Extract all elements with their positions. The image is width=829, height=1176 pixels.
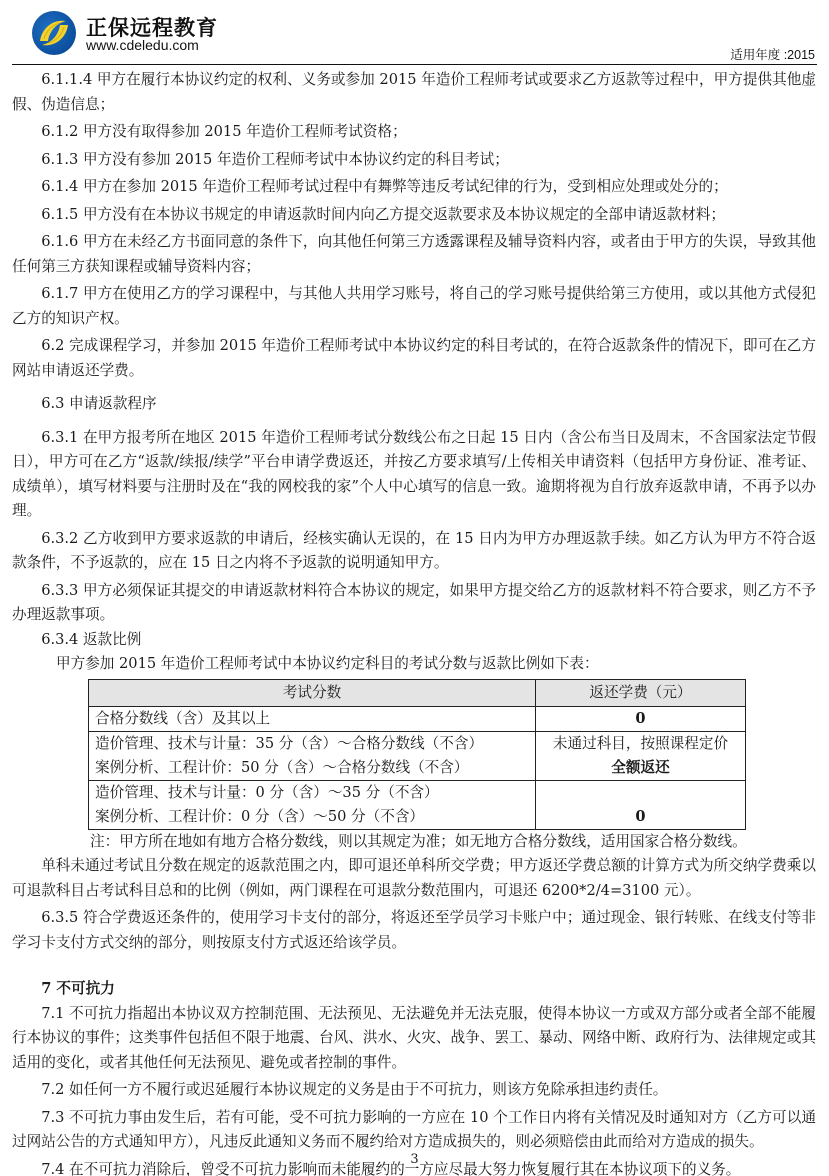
score-cell: 合格分数线（含）及其以上 bbox=[89, 706, 536, 731]
refund-cell: 0 bbox=[536, 706, 746, 731]
clause-6-3-4-heading: 6.3.4 返款比例 bbox=[12, 628, 816, 653]
clause-6-3-5: 6.3.5 符合学费返还条件的，使用学习卡支付的部分，将返还至学员学习卡账户中；… bbox=[12, 906, 816, 955]
clause-6-1-2: 6.1.2 甲方没有取得参加 2015 年造价工程师考试资格； bbox=[12, 120, 816, 145]
brand-url: www.cdeledu.com bbox=[86, 37, 199, 53]
table-row: 造价管理、技术与计量：35 分（含）～合格分数线（不含） 案例分析、工程计价：5… bbox=[89, 731, 746, 780]
clause-7-3: 7.3 不可抗力事由发生后，若有可能，受不可抗力影响的一方应在 10 个工作日内… bbox=[12, 1106, 816, 1155]
clause-6-3-1: 6.3.1 在甲方报考所在地区 2015 年造价工程师考试分数线公布之日起 15… bbox=[12, 426, 816, 524]
column-header-refund: 返还学费（元） bbox=[536, 679, 746, 706]
clause-6-1-5: 6.1.5 甲方没有在本协议书规定的申请返款时间内向乙方提交返款要求及本协议规定… bbox=[12, 203, 816, 228]
section-spacer bbox=[12, 955, 816, 977]
score-line: 造价管理、技术与计量：0 分（含）～35 分（不含） bbox=[95, 781, 529, 805]
refund-value: 0 bbox=[542, 805, 739, 829]
page-number: 3 bbox=[0, 1152, 829, 1167]
clause-6-2: 6.2 完成课程学习，并参加 2015 年造价工程师考试中本协议约定的科目考试的… bbox=[12, 334, 816, 383]
refund-table-wrapper: 考试分数 返还学费（元） 合格分数线（含）及其以上 0 造价管理、技术与计量：3… bbox=[88, 679, 746, 830]
cdeledu-logo-icon bbox=[32, 11, 76, 55]
document-body: 6.1.1.4 甲方在履行本协议约定的权利、义务或参加 2015 年造价工程师考… bbox=[12, 68, 816, 1176]
refund-cell: 未通过科目，按照课程定价 全额返还 bbox=[536, 731, 746, 780]
clause-6-3-2: 6.3.2 乙方收到甲方要求返款的申请后，经核实确认无误的，在 15 日内为甲方… bbox=[12, 527, 816, 576]
score-line: 合格分数线（含）及其以上 bbox=[95, 707, 529, 731]
applicable-year: 适用年度 :2015 bbox=[730, 45, 815, 63]
clause-6-3-3: 6.3.3 甲方必须保证其提交的申请返款材料符合本协议的规定，如果甲方提交给乙方… bbox=[12, 579, 816, 628]
table-note: 注：甲方所在地如有地方合格分数线，则以其规定为准；如无地方合格分数线，适用国家合… bbox=[12, 830, 816, 855]
clause-6-1-4: 6.1.4 甲方在参加 2015 年造价工程师考试过程中有舞弊等违反考试纪律的行… bbox=[12, 175, 816, 200]
refund-cell: 0 bbox=[536, 780, 746, 829]
clause-6-1-1-4: 6.1.1.4 甲方在履行本协议约定的权利、义务或参加 2015 年造价工程师考… bbox=[12, 68, 816, 117]
score-line: 案例分析、工程计价：0 分（含）～50 分（不含） bbox=[95, 805, 529, 829]
clause-7-2: 7.2 如任何一方不履行或迟延履行本协议规定的义务是由于不可抗力，则该方免除承担… bbox=[12, 1078, 816, 1103]
table-row: 造价管理、技术与计量：0 分（含）～35 分（不含） 案例分析、工程计价：0 分… bbox=[89, 780, 746, 829]
table-header-row: 考试分数 返还学费（元） bbox=[89, 679, 746, 706]
score-line: 造价管理、技术与计量：35 分（含）～合格分数线（不含） bbox=[95, 732, 529, 756]
clause-6-3-heading: 6.3 申请返款程序 bbox=[12, 392, 816, 417]
refund-value-emphasis: 全额返还 bbox=[542, 756, 739, 780]
table-row: 合格分数线（含）及其以上 0 bbox=[89, 706, 746, 731]
refund-table: 考试分数 返还学费（元） 合格分数线（含）及其以上 0 造价管理、技术与计量：3… bbox=[88, 679, 746, 830]
section-7-title: 7 不可抗力 bbox=[12, 977, 816, 1002]
column-header-score: 考试分数 bbox=[89, 679, 536, 706]
score-line: 案例分析、工程计价：50 分（含）～合格分数线（不含） bbox=[95, 756, 529, 780]
header-divider bbox=[12, 64, 817, 65]
score-cell: 造价管理、技术与计量：0 分（含）～35 分（不含） 案例分析、工程计价：0 分… bbox=[89, 780, 536, 829]
refund-value: 未通过科目，按照课程定价 bbox=[542, 732, 739, 756]
score-cell: 造价管理、技术与计量：35 分（含）～合格分数线（不含） 案例分析、工程计价：5… bbox=[89, 731, 536, 780]
clause-6-1-7: 6.1.7 甲方在使用乙方的学习课程中，与其他人共用学习账号，将自己的学习账号提… bbox=[12, 282, 816, 331]
clause-7-1: 7.1 不可抗力指超出本协议双方控制范围、无法预见、无法避免并无法克服，使得本协… bbox=[12, 1002, 816, 1076]
single-subject-refund: 单科未通过考试且分数在规定的返款范围之内，即可退还单科所交学费；甲方返还学费总额… bbox=[12, 854, 816, 903]
table-intro: 甲方参加 2015 年造价工程师考试中本协议约定科目的考试分数与返款比例如下表： bbox=[12, 652, 816, 677]
clause-6-1-3: 6.1.3 甲方没有参加 2015 年造价工程师考试中本协议约定的科目考试； bbox=[12, 148, 816, 173]
clause-6-1-6: 6.1.6 甲方在未经乙方书面同意的条件下，向其他任何第三方透露课程及辅导资料内… bbox=[12, 230, 816, 279]
page-header: 正保远程教育 www.cdeledu.com 适用年度 :2015 bbox=[0, 0, 829, 66]
refund-value: 0 bbox=[542, 707, 739, 731]
